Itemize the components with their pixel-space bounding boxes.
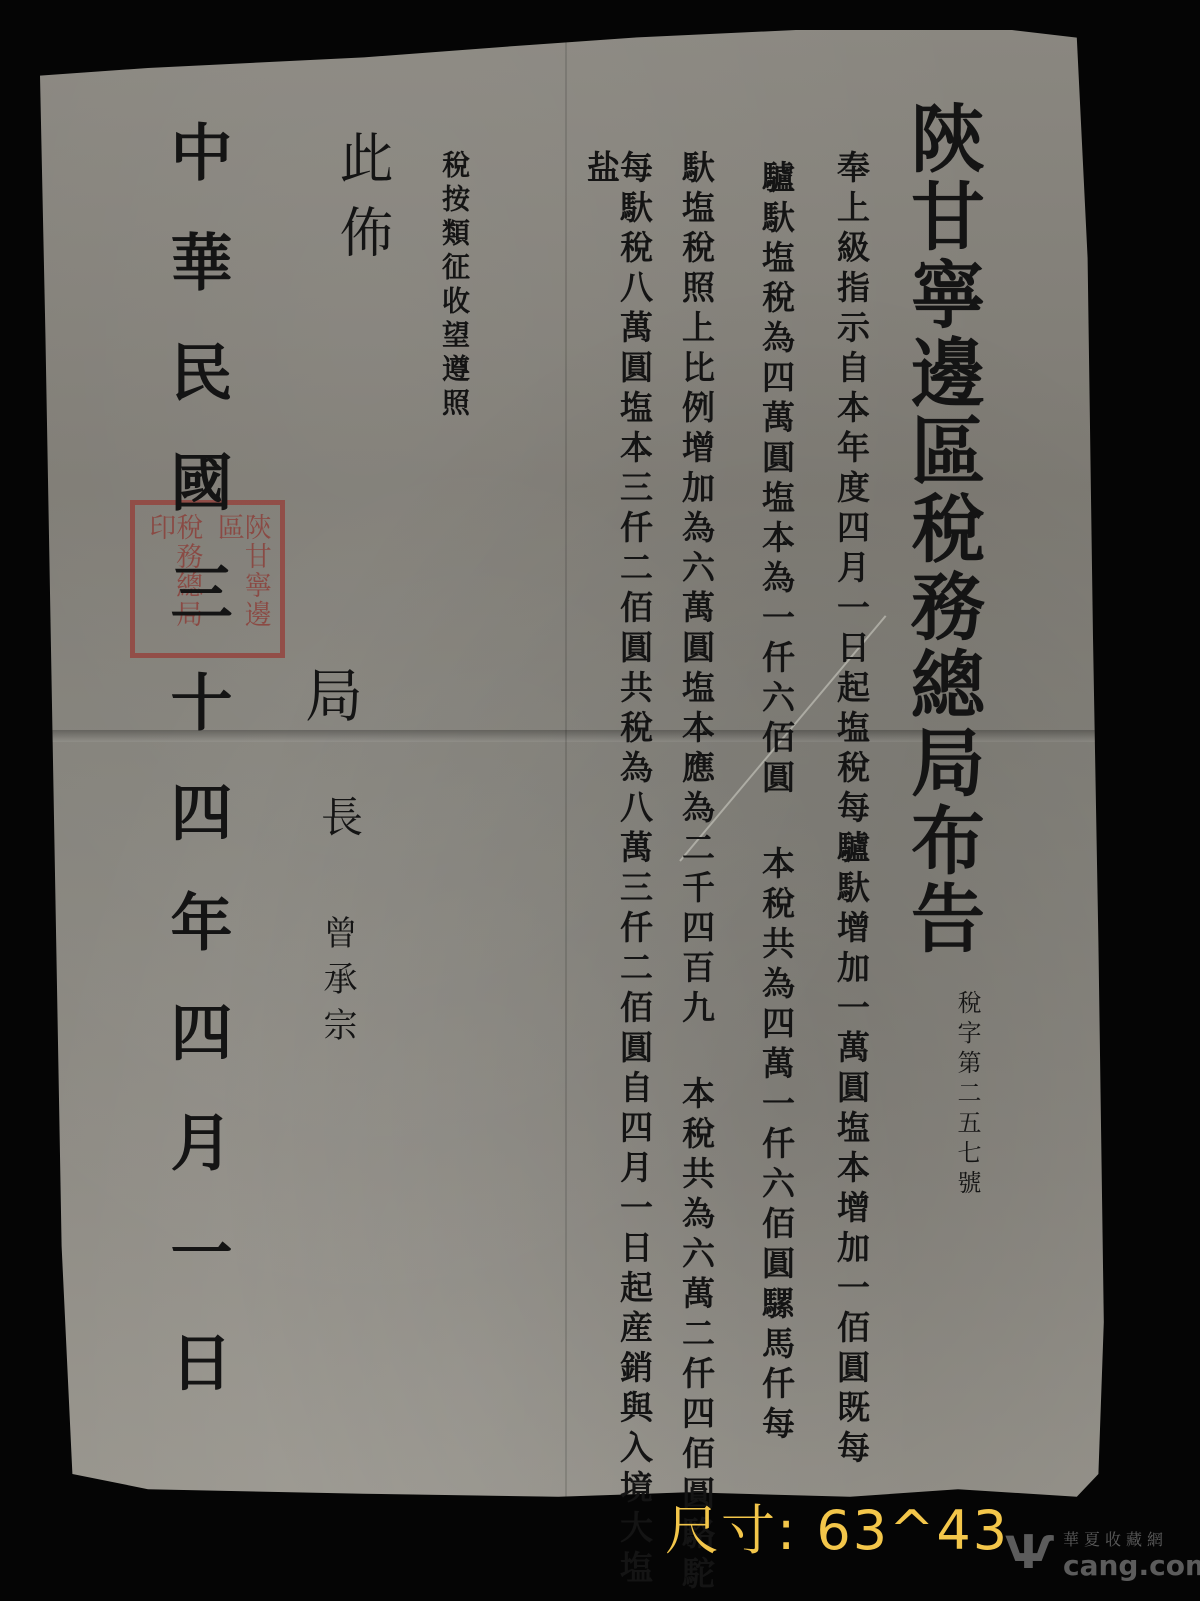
size-value: 63^43 bbox=[816, 1499, 1009, 1562]
document-title: 陝甘寧邊區稅務總局布告 bbox=[905, 100, 979, 958]
body-column-5: 稅按類征收望遵照 bbox=[440, 150, 468, 422]
paper-fold-vertical bbox=[565, 30, 567, 1550]
document-date: 中華民國三十四年四月一日 bbox=[165, 120, 227, 1440]
watermark-en: cang.com bbox=[1063, 1549, 1200, 1582]
body-column-4: 每馱稅八萬圓塩本三仟二佰圓共稅為八萬三仟二佰圓自四月一日起産銷與入境大塩盐 bbox=[585, 150, 651, 1601]
signature-office: 局 bbox=[300, 665, 358, 723]
closing-notice: 此佈 bbox=[335, 130, 389, 278]
size-caption: 尺寸: 63^43 bbox=[665, 1488, 1009, 1565]
body-column-2: 驢馱塩稅為四萬圓塩本為一仟六佰圓 本稅共為四萬一仟六佰圓騾馬仟每 bbox=[760, 160, 793, 1446]
body-column-3: 馱塩稅照上比例增加為六萬圓塩本應為二千四百九 本稅共為六萬二仟四佰圓駱駝 bbox=[680, 150, 713, 1596]
body-column-1: 奉上級指示自本年度四月一日起塩稅每驢馱增加一萬圓塩本增加一佰圓既每 bbox=[835, 150, 868, 1470]
document-number: 稅字第二五七號 bbox=[955, 990, 979, 1200]
size-label: 尺寸: bbox=[665, 1499, 797, 1562]
signature-name: 曾承宗 bbox=[320, 915, 354, 1053]
cang-logo-icon: Ѱ bbox=[1005, 1525, 1054, 1579]
watermark-cn: 華夏收藏網 bbox=[1063, 1527, 1168, 1550]
signature-title: 長 bbox=[318, 795, 360, 837]
